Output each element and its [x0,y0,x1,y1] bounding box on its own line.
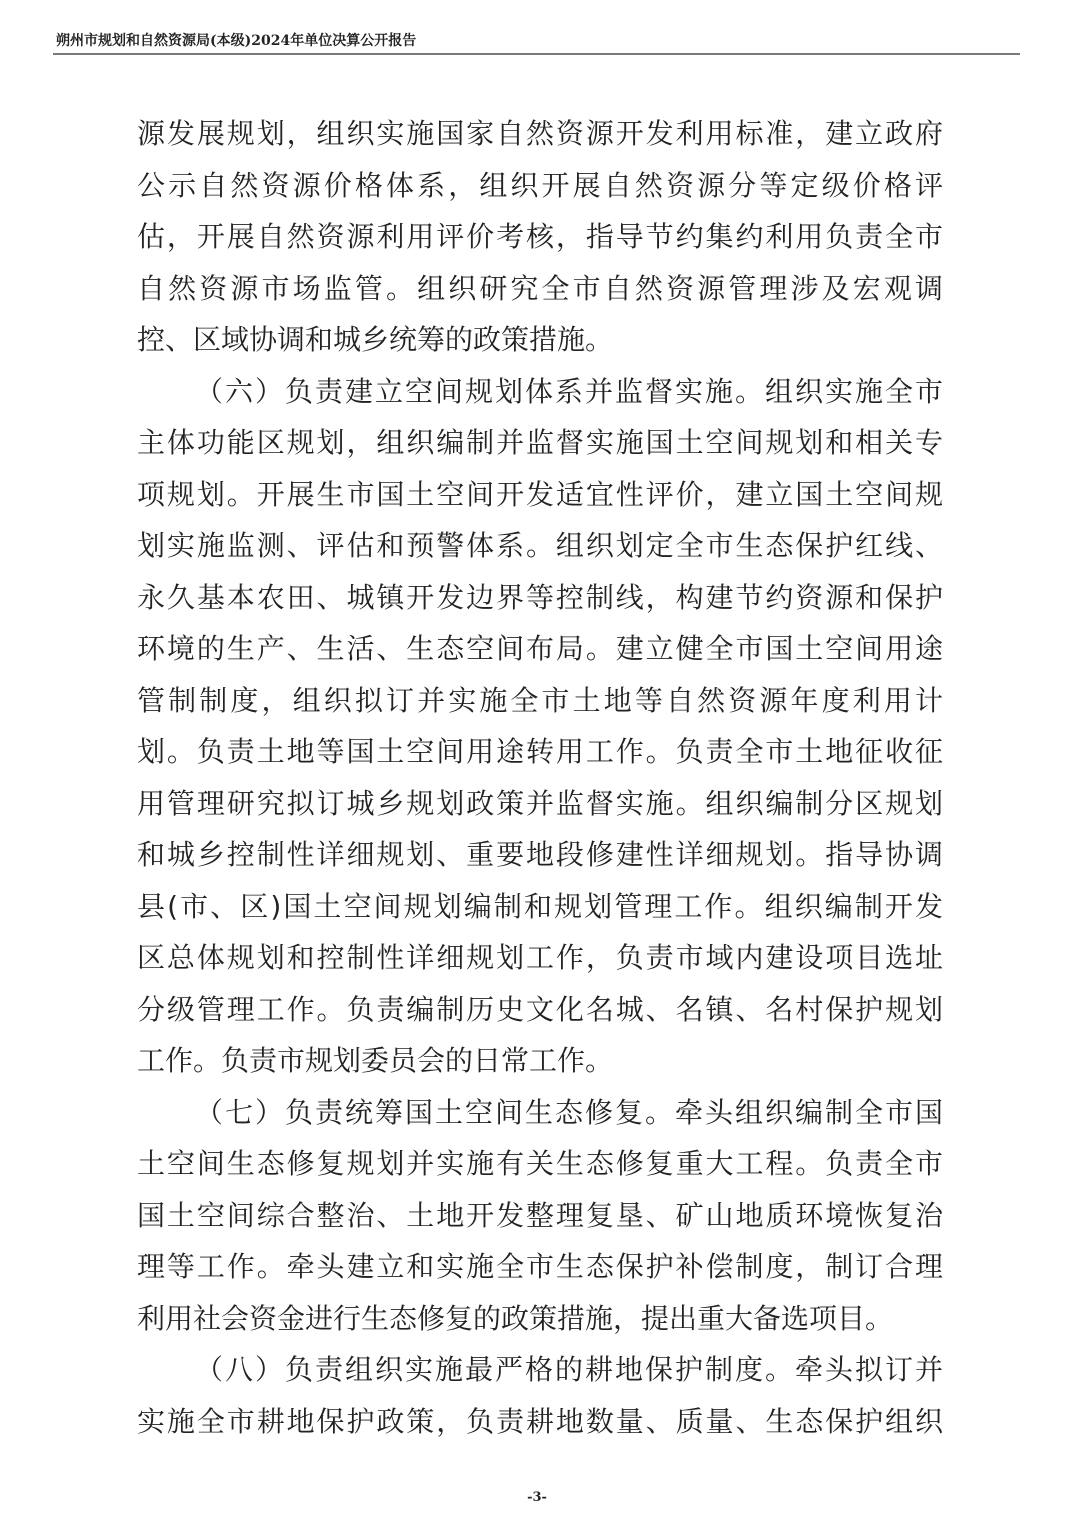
paragraph-line: 永久基本农田、城镇开发边界等控制线，构建节约资源和保护 [137,572,943,624]
paragraph-line: 理等工作。牵头建立和实施全市生态保护补偿制度，制订合理 [137,1241,943,1293]
paragraph-first-line: （六）负责建立空间规划体系并监督实施。组织实施全市 [137,366,943,418]
paragraph-line: 区总体规划和控制性详细规划工作，负责市域内建设项目选址 [137,932,943,984]
paragraph-line: 工作。负责市规划委员会的日常工作。 [137,1035,943,1087]
paragraph-line: 和城乡控制性详细规划、重要地段修建性详细规划。指导协调 [137,829,943,881]
paragraph-line: 项规划。开展生市国土空间开发适宜性评价，建立国土空间规 [137,469,943,521]
paragraph-line: 用管理研究拟订城乡规划政策并监督实施。组织编制分区规划 [137,778,943,830]
paragraph-line: 环境的生产、生活、生态空间布局。建立健全市国土空间用途 [137,623,943,675]
page-number: -3- [0,1490,1074,1505]
body-text: 源发展规划，组织实施国家自然资源开发利用标准，建立政府公示自然资源价格体系，组织… [137,108,943,1447]
paragraph-line: 自然资源市场监管。组织研究全市自然资源管理涉及宏观调 [137,263,943,315]
paragraph-line: 国土空间综合整治、土地开发整理复垦、矿山地质环境恢复治 [137,1190,943,1242]
paragraph-line: 利用社会资金进行生态修复的政策措施，提出重大备选项目。 [137,1293,943,1345]
paragraph-line: 源发展规划，组织实施国家自然资源开发利用标准，建立政府 [137,108,943,160]
paragraph-line: 实施全市耕地保护政策，负责耕地数量、质量、生态保护组织 [137,1396,943,1448]
paragraph-line: 控、区域协调和城乡统筹的政策措施。 [137,314,943,366]
paragraph-line: 土空间生态修复规划并实施有关生态修复重大工程。负责全市 [137,1138,943,1190]
header-divider [53,53,1020,55]
running-header-title: 朔州市规划和自然资源局(本级)2024年单位决算公开报告 [56,30,416,50]
paragraph-line: 县(市、区)国土空间规划编制和规划管理工作。组织编制开发 [137,881,943,933]
paragraph-line: 主体功能区规划，组织编制并监督实施国土空间规划和相关专 [137,417,943,469]
paragraph-line: 划。负责土地等国土空间用途转用工作。负责全市土地征收征 [137,726,943,778]
paragraph-line: 公示自然资源价格体系，组织开展自然资源分等定级价格评 [137,160,943,212]
paragraph-first-line: （八）负责组织实施最严格的耕地保护制度。牵头拟订并 [137,1344,943,1396]
paragraph-first-line: （七）负责统筹国土空间生态修复。牵头组织编制全市国 [137,1087,943,1139]
paragraph-line: 分级管理工作。负责编制历史文化名城、名镇、名村保护规划 [137,984,943,1036]
paragraph-line: 划实施监测、评估和预警体系。组织划定全市生态保护红线、 [137,520,943,572]
paragraph-line: 估，开展自然资源利用评价考核，指导节约集约利用负责全市 [137,211,943,263]
paragraph-line: 管制制度，组织拟订并实施全市土地等自然资源年度利用计 [137,675,943,727]
document-page: 朔州市规划和自然资源局(本级)2024年单位决算公开报告 源发展规划，组织实施国… [0,0,1074,1520]
